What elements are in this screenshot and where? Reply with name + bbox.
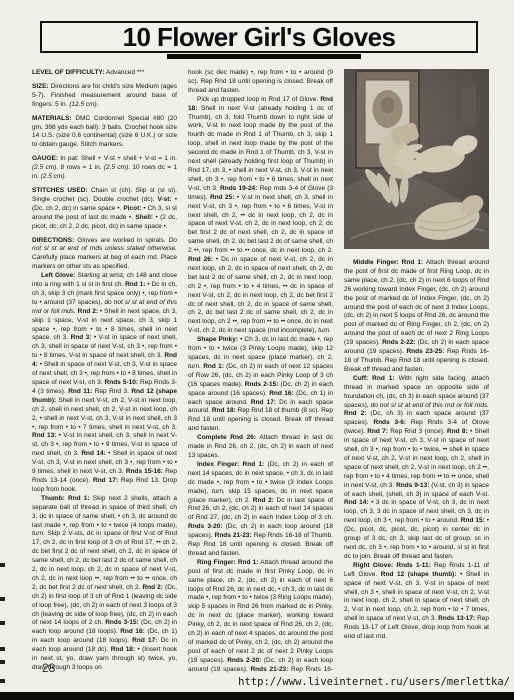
directions-intro: DIRECTIONS: Gloves are worked in spirals… <box>32 237 177 273</box>
page-number: 28 <box>42 661 55 675</box>
thumb-instructions: Thumb: Rnd 1: Skip next 2 shells, attach… <box>32 495 177 673</box>
gauge-info: GAUGE: In pat: Shell + V-st + shell + V-… <box>32 155 177 182</box>
level-of-difficulty: LEVEL OF DIFFICULTY: Advanced *** <box>32 69 177 78</box>
left-glove-instructions: Left Glove: Starting at wrist, ch 148 an… <box>32 272 177 495</box>
scanned-pattern-page: 10 Flower Girl's Gloves LEVEL OF DIFFICU… <box>0 0 514 700</box>
materials-info: MATERIALS: DMC Cordonnet Special #80 (20… <box>32 115 177 151</box>
binding-mark <box>0 660 5 664</box>
watermark-url: http://www.liveinternet.ru/users/merlett… <box>238 676 510 688</box>
cuff-instructions: Cuff: Rnd 1: With right side facing, att… <box>344 375 489 562</box>
bottom-scan-bar <box>0 692 514 700</box>
stitches-used: STITCHES USED: Chain st (ch). Slip st (s… <box>32 187 177 232</box>
ring-finger-instructions: Ring Finger: Rnd 1: Attach thread around… <box>188 559 333 675</box>
column-left: LEVEL OF DIFFICULTY: Advanced *** SIZE: … <box>32 69 177 675</box>
gloves-photo-illustration <box>344 69 489 249</box>
size-info: SIZE: Directions are for child's size Me… <box>32 83 177 110</box>
page-title: 10 Flower Girl's Gloves <box>123 22 396 53</box>
shape-pinky-instructions: Shape Pinky: • Ch 3, dc in last dc made … <box>188 336 333 434</box>
binding-mark <box>0 597 5 601</box>
text-columns: LEVEL OF DIFFICULTY: Advanced *** SIZE: … <box>32 69 490 675</box>
binding-mark <box>0 563 5 567</box>
glove-rnds-18-26: Pick up dropped loop in Rnd 17 of Glove.… <box>188 96 333 336</box>
title-box: 10 Flower Girl's Gloves <box>40 21 478 53</box>
title-underline-bar <box>167 54 361 59</box>
complete-rnd-26: Complete Rnd 26: Attach thread in last d… <box>188 434 333 461</box>
middle-finger-instructions: Middle Finger: Rnd 1: Attach thread arou… <box>344 259 489 375</box>
binding-mark <box>0 621 5 625</box>
column-middle: hook (sc dec made) •, rep from • to • ar… <box>188 69 333 675</box>
thumb-continuation: hook (sc dec made) •, rep from • to • ar… <box>188 69 333 96</box>
binding-mark <box>0 679 5 683</box>
binding-mark <box>0 647 5 651</box>
index-finger-instructions: Index Finger: Rnd 1: (Dc, ch 2) in each … <box>188 461 333 559</box>
right-glove-instructions: Right Glove: Rnds 1-11: Rep Rnds 1-11 of… <box>344 562 489 642</box>
column-right: Middle Finger: Rnd 1: Attach thread arou… <box>344 69 489 675</box>
gloves-photo <box>344 69 489 249</box>
